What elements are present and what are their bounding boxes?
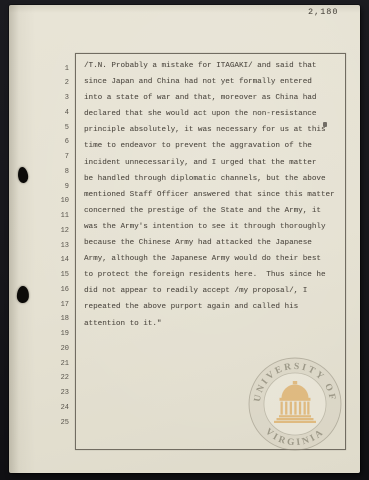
ink-speck [323,122,327,127]
document-text-line: principle absolutely, it was necessary f… [84,122,342,138]
document-text-line: to protect the foreign residents here. T… [84,267,342,283]
document-text-line: incident unnecessarily, and I urged that… [84,155,342,171]
document-text-line: declared that she would act upon the non… [84,106,342,122]
document-text-line: repeated the above purport again and cal… [84,299,342,315]
line-number: 15 [45,268,69,283]
line-number: 1 [45,62,69,77]
line-number: 8 [45,165,69,180]
document-text-line: did not appear to readily accept /my pro… [84,283,342,299]
line-number: 5 [45,121,69,136]
line-number: 7 [45,150,69,165]
line-number: 16 [45,283,69,298]
university-of-virginia-watermark: UNIVERSITY OF VIRGINIA [240,349,350,459]
line-number: 14 [45,253,69,268]
document-text-line: be handled through diplomatic channels, … [84,171,342,187]
line-number: 6 [45,135,69,150]
line-number: 4 [45,106,69,121]
document-text-line: into a state of war and that, moreover a… [84,90,342,106]
document-text-line: because the Chinese Army had attacked th… [84,235,342,251]
document-text-line: concerned the prestige of the State and … [84,203,342,219]
line-number: 3 [45,91,69,106]
line-number: 20 [45,342,69,357]
line-number: 17 [45,298,69,313]
line-number: 2 [45,76,69,91]
line-number: 24 [45,401,69,416]
line-number: 22 [45,371,69,386]
document-text-line: mentioned Staff Officer answered that si… [84,187,342,203]
line-number: 18 [45,312,69,327]
document-text-line: Army, although the Japanese Army would d… [84,251,342,267]
document-text-line: time to endeavor to prevent the aggravat… [84,138,342,154]
line-number: 19 [45,327,69,342]
line-number: 11 [45,209,69,224]
scanned-document-page: 2,180 1234567891011121314151617181920212… [0,0,369,480]
document-text-line: /T.N. Probably a mistake for ITAGAKI/ an… [84,58,342,74]
document-body-text: /T.N. Probably a mistake for ITAGAKI/ an… [84,58,342,332]
document-text-line: attention to it." [84,316,342,332]
document-text-line: since Japan and China had not yet formal… [84,74,342,90]
line-number: 13 [45,239,69,254]
line-number: 9 [45,180,69,195]
line-number: 23 [45,386,69,401]
line-number: 25 [45,416,69,431]
page-number: 2,180 [308,7,339,17]
line-number-column: 1234567891011121314151617181920212223242… [45,62,69,431]
line-number: 21 [45,357,69,372]
line-number: 10 [45,194,69,209]
document-text-line: was the Army's intention to see it throu… [84,219,342,235]
line-number: 12 [45,224,69,239]
